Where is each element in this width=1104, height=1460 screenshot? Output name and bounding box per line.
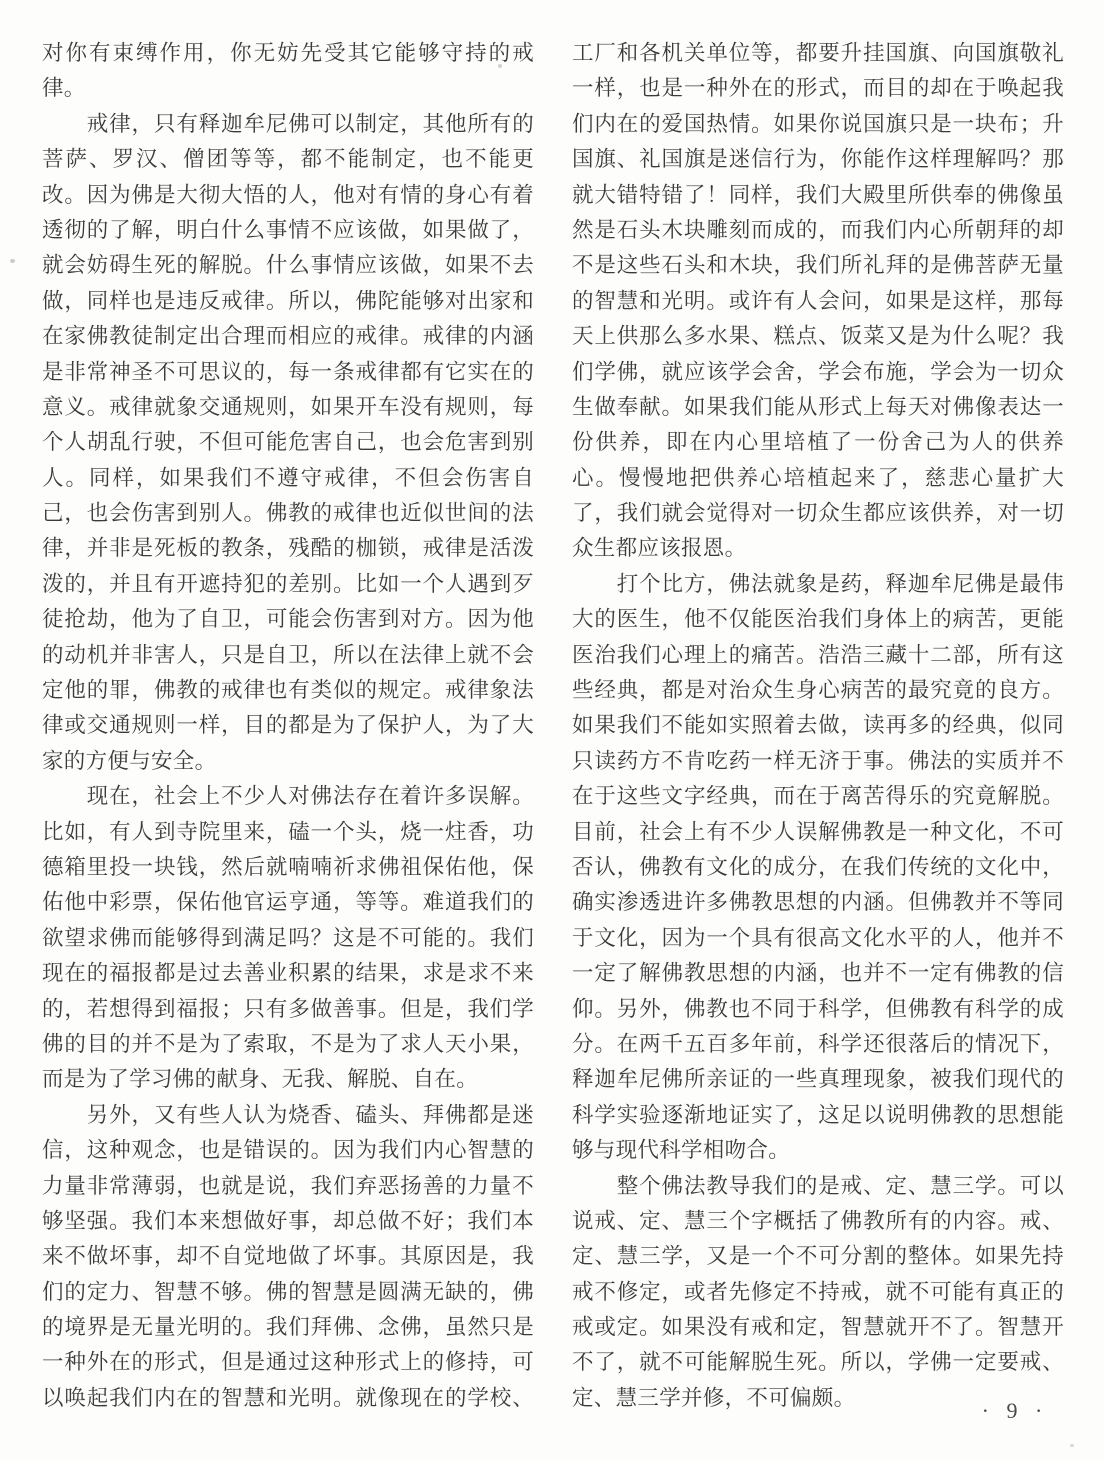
text-line: 德箱里投一块钱，然后就喃喃祈求佛祖保佑他，保 <box>42 850 534 885</box>
text-line: 人。同样，如果我们不遵守戒律，不但会伤害自 <box>42 461 534 496</box>
text-line: 只读药方不肯吃药一样无济于事。佛法的实质并不 <box>572 744 1064 779</box>
text-line: 信，这种观念，也是错误的。因为我们内心智慧的 <box>42 1133 534 1168</box>
text-line: 的动机并非害人，只是自卫，所以在法律上就不会 <box>42 638 534 673</box>
text-line: 确实渗透进许多佛教思想的内涵。但佛教并不等同 <box>572 885 1064 920</box>
text-line: 就会妨碍生死的解脱。什么事情应该做，如果不去 <box>42 248 534 283</box>
text-line: 另外，又有些人认为烧香、磕头、拜佛都是迷 <box>42 1098 534 1133</box>
text-line: 在家佛教徒制定出合理而相应的戒律。戒律的内涵 <box>42 319 534 354</box>
text-line: 够与现代科学相吻合。 <box>572 1133 1064 1168</box>
text-line: 家的方便与安全。 <box>42 744 534 779</box>
text-line: 仰。另外，佛教也不同于科学，但佛教有科学的成 <box>572 992 1064 1027</box>
text-line: 现在，社会上不少人对佛法存在着许多误解。 <box>42 779 534 814</box>
text-line: 科学实验逐渐地证实了，这足以说明佛教的思想能 <box>572 1098 1064 1133</box>
text-line: 菩萨、罗汉、僧团等等，都不能制定，也不能更 <box>42 142 534 177</box>
text-line: 定他的罪，佛教的戒律也有类似的规定。戒律象法 <box>42 673 534 708</box>
text-line: 佑他中彩票，保佑他官运亨通，等等。难道我们的 <box>42 885 534 920</box>
text-line: 目前，社会上有不少人误解佛教是一种文化，不可 <box>572 815 1064 850</box>
text-line: 一定了解佛教思想的内涵，也并不一定有佛教的信 <box>572 956 1064 991</box>
text-line: 分。在两千五百多年前，科学还很落后的情况下， <box>572 1027 1064 1062</box>
text-line: 就大错特错了！同样，我们大殿里所供奉的佛像虽 <box>572 178 1064 213</box>
text-line: 徒抢劫，他为了自卫，可能会伤害到对方。因为他 <box>42 602 534 637</box>
text-line: 不是这些石头和木块，我们所礼拜的是佛菩萨无量 <box>572 248 1064 283</box>
text-line: 泼的，并且有开遮持犯的差别。比如一个人遇到歹 <box>42 567 534 602</box>
text-line: 们学佛，就应该学会舍，学会布施，学会为一切众 <box>572 355 1064 390</box>
text-line: 份供养，即在内心里培植了一份舍己为人的供养 <box>572 425 1064 460</box>
text-line: 欲望求佛而能够得到满足吗？这是不可能的。我们 <box>42 921 534 956</box>
text-line: 的境界是无量光明的。我们拜佛、念佛，虽然只是 <box>42 1310 534 1345</box>
text-line: 意义。戒律就象交通规则，如果开车没有规则，每 <box>42 390 534 425</box>
book-page: 对你有束缚作用，你无妨先受其它能够守持的戒律。 戒律，只有释迦牟尼佛可以制定，其… <box>0 0 1104 1460</box>
text-line: 个人胡乱行驶，不但可能危害自己，也会危害到别 <box>42 425 534 460</box>
text-line: 做，同样也是违反戒律。所以，佛陀能够对出家和 <box>42 284 534 319</box>
text-line: 天上供那么多水果、糕点、饭菜又是为什么呢？我 <box>572 319 1064 354</box>
text-line: 释迦牟尼佛所亲证的一些真理现象，被我们现代的 <box>572 1062 1064 1097</box>
text-line: 以唤起我们内在的智慧和光明。就像现在的学校、 <box>42 1381 534 1416</box>
page-number: · 9 · <box>955 1398 1075 1424</box>
text-line: 改。因为佛是大彻大悟的人，他对有情的身心有着 <box>42 178 534 213</box>
text-line: 律或交通规则一样，目的都是为了保护人，为了大 <box>42 708 534 743</box>
text-line: 而是为了学习佛的献身、无我、解脱、自在。 <box>42 1062 534 1097</box>
text-line: 够坚强。我们本来想做好事，却总做不好；我们本 <box>42 1204 534 1239</box>
text-line: 医治我们心理上的痛苦。浩浩三藏十二部，所有这 <box>572 638 1064 673</box>
text-line: 定、慧三学，又是一个不可分割的整体。如果先持 <box>572 1239 1064 1274</box>
text-line: 透彻的了解，明白什么事情不应该做，如果做了， <box>42 213 534 248</box>
text-line: 律，并非是死板的教条，残酷的枷锁，戒律是活泼 <box>42 531 534 566</box>
text-line: 国旗、礼国旗是迷信行为，你能作这样理解吗？那 <box>572 142 1064 177</box>
text-line: 的智慧和光明。或许有人会问，如果是这样，那每 <box>572 284 1064 319</box>
text-line: 些经典，都是对治众生身心病苦的最究竟的良方。 <box>572 673 1064 708</box>
text-line: 工厂和各机关单位等，都要升挂国旗、向国旗敬礼 <box>572 36 1064 71</box>
text-line: 不了，就不可能解脱生死。所以，学佛一定要戒、 <box>572 1345 1064 1380</box>
text-line: 对你有束缚作用，你无妨先受其它能够守持的戒 <box>42 36 534 71</box>
text-line: 生做奉献。如果我们能从形式上每天对佛像表达一 <box>572 390 1064 425</box>
text-line: 一种外在的形式，但是通过这种形式上的修持，可 <box>42 1345 534 1380</box>
text-line: 力量非常薄弱，也就是说，我们弃恶扬善的力量不 <box>42 1169 534 1204</box>
text-line: 整个佛法教导我们的是戒、定、慧三学。可以 <box>572 1169 1064 1204</box>
text-line: 如果我们不能如实照着去做，读再多的经典，似同 <box>572 708 1064 743</box>
text-line: 比如，有人到寺院里来，磕一个头，烧一炷香，功 <box>42 815 534 850</box>
text-line: 戒或定。如果没有戒和定，智慧就开不了。智慧开 <box>572 1310 1064 1345</box>
text-line: 否认，佛教有文化的成分，在我们传统的文化中， <box>572 850 1064 885</box>
text-line: 律。 <box>42 71 534 106</box>
scan-speck <box>1070 1444 1074 1447</box>
text-line: 说戒、定、慧三个字概括了佛教所有的内容。戒、 <box>572 1204 1064 1239</box>
text-line: 的，若想得到福报；只有多做善事。但是，我们学 <box>42 992 534 1027</box>
text-line: 在于这些文字经典，而在于离苦得乐的究竟解脱。 <box>572 779 1064 814</box>
text-line: 打个比方，佛法就象是药，释迦牟尼佛是最伟 <box>572 567 1064 602</box>
text-column-right: 工厂和各机关单位等，都要升挂国旗、向国旗敬礼一样，也是一种外在的形式，而目的却在… <box>572 36 1064 1416</box>
text-line: 来不做坏事，却不自觉地做了坏事。其原因是，我 <box>42 1239 534 1274</box>
text-line: 然是石头木块雕刻而成的，而我们内心所朝拜的却 <box>572 213 1064 248</box>
text-line: 于文化，因为一个具有很高文化水平的人，他并不 <box>572 921 1064 956</box>
text-line: 众生都应该报恩。 <box>572 531 1064 566</box>
text-line: 们内在的爱国热情。如果你说国旗只是一块布；升 <box>572 107 1064 142</box>
text-line: 大的医生，他不仅能医治我们身体上的病苦，更能 <box>572 602 1064 637</box>
text-line: 戒律，只有释迦牟尼佛可以制定，其他所有的 <box>42 107 534 142</box>
text-column-left: 对你有束缚作用，你无妨先受其它能够守持的戒律。 戒律，只有释迦牟尼佛可以制定，其… <box>42 36 534 1416</box>
text-line: 佛的目的并不是为了索取，不是为了求人天小果， <box>42 1027 534 1062</box>
text-line: 己，也会伤害到别人。佛教的戒律也近似世间的法 <box>42 496 534 531</box>
scan-speck <box>498 64 502 68</box>
text-line: 现在的福报都是过去善业积累的结果，求是求不来 <box>42 956 534 991</box>
text-line: 心。慢慢地把供养心培植起来了，慈悲心量扩大 <box>572 461 1064 496</box>
text-line: 一样，也是一种外在的形式，而目的却在于唤起我 <box>572 71 1064 106</box>
scan-speck <box>10 259 15 263</box>
text-line: 们的定力、智慧不够。佛的智慧是圆满无缺的，佛 <box>42 1275 534 1310</box>
text-line: 戒不修定，或者先修定不持戒，就不可能有真正的 <box>572 1275 1064 1310</box>
text-line: 了，我们就会觉得对一切众生都应该供养，对一切 <box>572 496 1064 531</box>
text-line: 是非常神圣不可思议的，每一条戒律都有它实在的 <box>42 355 534 390</box>
